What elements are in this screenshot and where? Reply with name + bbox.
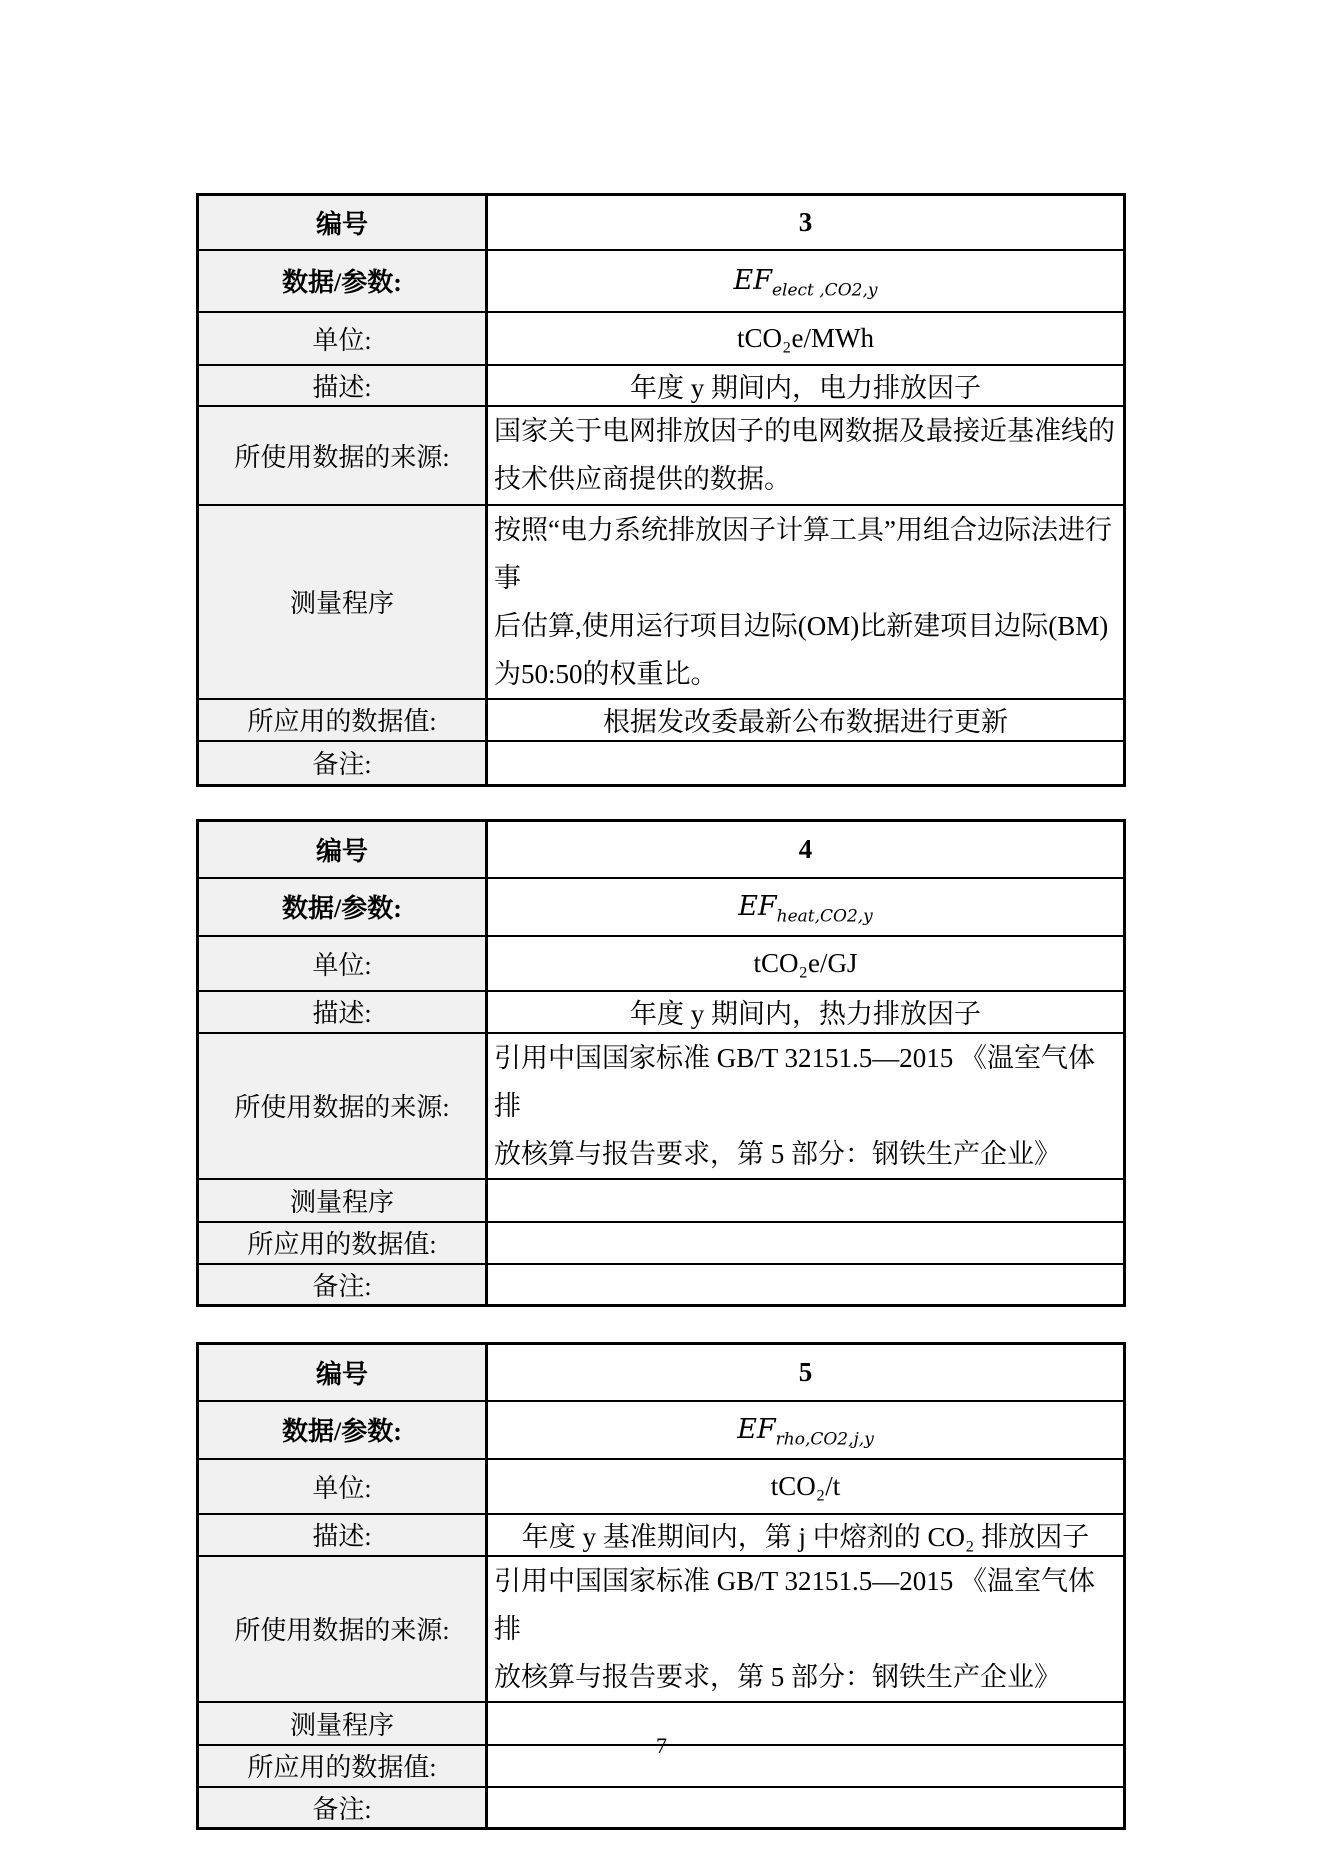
- parameter-formula: EFelect ,CO2,y: [734, 265, 878, 296]
- table-row-number: 编号 5: [198, 1344, 1125, 1401]
- formula-base: EF: [734, 265, 772, 296]
- table-row-data-source: 所使用数据的来源: 引用中国国家标准 GB/T 32151.5—2015 《温室…: [198, 1556, 1125, 1702]
- table-row-description: 描述: 年度 y 期间内，热力排放因子: [198, 991, 1125, 1033]
- row-value: tCO₂e/GJ: [487, 936, 1125, 991]
- source-line: 放核算与报告要求，第 5 部分：钢铁生产企业》: [494, 1653, 1117, 1701]
- row-value: tCO₂/t: [487, 1459, 1125, 1514]
- source-line: 引用中国国家标准 GB/T 32151.5—2015 《温室气体排: [494, 1557, 1117, 1653]
- row-value: 引用中国国家标准 GB/T 32151.5—2015 《温室气体排 放核算与报告…: [487, 1033, 1125, 1179]
- parameter-table-3: 编号 3 数据/参数: EFelect ,CO2,y 单位: tCO₂e/MWh…: [196, 193, 1126, 787]
- page-number: 7: [0, 1733, 1323, 1759]
- formula-subscript: rho,CO2,j,y: [776, 1429, 874, 1449]
- procedure-line: 后估算,使用运行项目边际(OM)比新建项目边际(BM): [494, 602, 1117, 650]
- row-label: 编号: [198, 195, 487, 250]
- row-label: 单位:: [198, 936, 487, 991]
- formula-base: EF: [738, 891, 776, 922]
- row-label: 所应用的数据值:: [198, 699, 487, 741]
- table-row-applied-value: 所应用的数据值: 根据发改委最新公布数据进行更新: [198, 699, 1125, 741]
- table-row-measurement-procedure: 测量程序: [198, 1179, 1125, 1222]
- procedure-line: 为50:50的权重比。: [494, 650, 1117, 698]
- table-row-remark: 备注:: [198, 1787, 1125, 1829]
- table-row-parameter: 数据/参数: EFrho,CO2,j,y: [198, 1401, 1125, 1459]
- table-row-data-source: 所使用数据的来源: 引用中国国家标准 GB/T 32151.5—2015 《温室…: [198, 1033, 1125, 1179]
- row-value: [487, 1264, 1125, 1306]
- table-row-remark: 备注:: [198, 1264, 1125, 1306]
- table-row-unit: 单位: tCO₂e/GJ: [198, 936, 1125, 991]
- row-label: 单位:: [198, 312, 487, 365]
- table-row-number: 编号 4: [198, 821, 1125, 878]
- row-value: 年度 y 基准期间内，第 j 中熔剂的 CO₂ 排放因子: [487, 1514, 1125, 1556]
- row-label: 所应用的数据值:: [198, 1222, 487, 1264]
- row-label: 备注:: [198, 741, 487, 786]
- table-row-measurement-procedure: 测量程序 按照“电力系统排放因子计算工具”用组合边际法进行事 后估算,使用运行项…: [198, 505, 1125, 699]
- row-value: EFheat,CO2,y: [487, 878, 1125, 936]
- row-label: 数据/参数:: [198, 250, 487, 312]
- row-value: [487, 1179, 1125, 1222]
- row-label: 数据/参数:: [198, 1401, 487, 1459]
- row-value: 按照“电力系统排放因子计算工具”用组合边际法进行事 后估算,使用运行项目边际(O…: [487, 505, 1125, 699]
- formula-base: EF: [737, 1414, 775, 1445]
- row-value: 国家关于电网排放因子的电网数据及最接近基准线的 技术供应商提供的数据。: [487, 406, 1125, 505]
- row-label: 描述:: [198, 991, 487, 1033]
- table-row-data-source: 所使用数据的来源: 国家关于电网排放因子的电网数据及最接近基准线的 技术供应商提…: [198, 406, 1125, 505]
- source-line: 技术供应商提供的数据。: [494, 455, 1117, 503]
- row-value: EFrho,CO2,j,y: [487, 1401, 1125, 1459]
- table-row-parameter: 数据/参数: EFelect ,CO2,y: [198, 250, 1125, 312]
- row-label: 描述:: [198, 365, 487, 406]
- row-label: 备注:: [198, 1264, 487, 1306]
- table-row-number: 编号 3: [198, 195, 1125, 250]
- source-line: 国家关于电网排放因子的电网数据及最接近基准线的: [494, 407, 1117, 455]
- table-row-applied-value: 所应用的数据值:: [198, 1222, 1125, 1264]
- row-label: 单位:: [198, 1459, 487, 1514]
- row-value: [487, 1222, 1125, 1264]
- row-label: 编号: [198, 1344, 487, 1401]
- parameter-table-4: 编号 4 数据/参数: EFheat,CO2,y 单位: tCO₂e/GJ 描述…: [196, 819, 1126, 1307]
- row-label: 编号: [198, 821, 487, 878]
- row-value: EFelect ,CO2,y: [487, 250, 1125, 312]
- source-line: 引用中国国家标准 GB/T 32151.5—2015 《温室气体排: [494, 1034, 1117, 1130]
- document-page: 编号 3 数据/参数: EFelect ,CO2,y 单位: tCO₂e/MWh…: [0, 0, 1323, 1871]
- formula-subscript: elect ,CO2,y: [772, 280, 878, 300]
- table-row-parameter: 数据/参数: EFheat,CO2,y: [198, 878, 1125, 936]
- row-label: 数据/参数:: [198, 878, 487, 936]
- row-label: 所使用数据的来源:: [198, 406, 487, 505]
- row-label: 测量程序: [198, 505, 487, 699]
- row-value: 5: [487, 1344, 1125, 1401]
- table-row-description: 描述: 年度 y 期间内，电力排放因子: [198, 365, 1125, 406]
- row-value: tCO₂e/MWh: [487, 312, 1125, 365]
- table-row-unit: 单位: tCO₂/t: [198, 1459, 1125, 1514]
- table-row-remark: 备注:: [198, 741, 1125, 786]
- row-label: 所使用数据的来源:: [198, 1033, 487, 1179]
- row-label: 备注:: [198, 1787, 487, 1829]
- row-value: [487, 1787, 1125, 1829]
- parameter-formula: EFrho,CO2,j,y: [737, 1414, 874, 1445]
- row-label: 描述:: [198, 1514, 487, 1556]
- procedure-line: 按照“电力系统排放因子计算工具”用组合边际法进行事: [494, 506, 1117, 602]
- row-value: 4: [487, 821, 1125, 878]
- row-label: 所使用数据的来源:: [198, 1556, 487, 1702]
- table-row-description: 描述: 年度 y 基准期间内，第 j 中熔剂的 CO₂ 排放因子: [198, 1514, 1125, 1556]
- row-value: [487, 741, 1125, 786]
- source-line: 放核算与报告要求，第 5 部分：钢铁生产企业》: [494, 1130, 1117, 1178]
- row-value: 根据发改委最新公布数据进行更新: [487, 699, 1125, 741]
- table-row-unit: 单位: tCO₂e/MWh: [198, 312, 1125, 365]
- parameter-formula: EFheat,CO2,y: [738, 891, 873, 922]
- row-value: 引用中国国家标准 GB/T 32151.5—2015 《温室气体排 放核算与报告…: [487, 1556, 1125, 1702]
- row-label: 测量程序: [198, 1179, 487, 1222]
- row-value: 年度 y 期间内，热力排放因子: [487, 991, 1125, 1033]
- row-value: 年度 y 期间内，电力排放因子: [487, 365, 1125, 406]
- row-value: 3: [487, 195, 1125, 250]
- formula-subscript: heat,CO2,y: [777, 906, 873, 926]
